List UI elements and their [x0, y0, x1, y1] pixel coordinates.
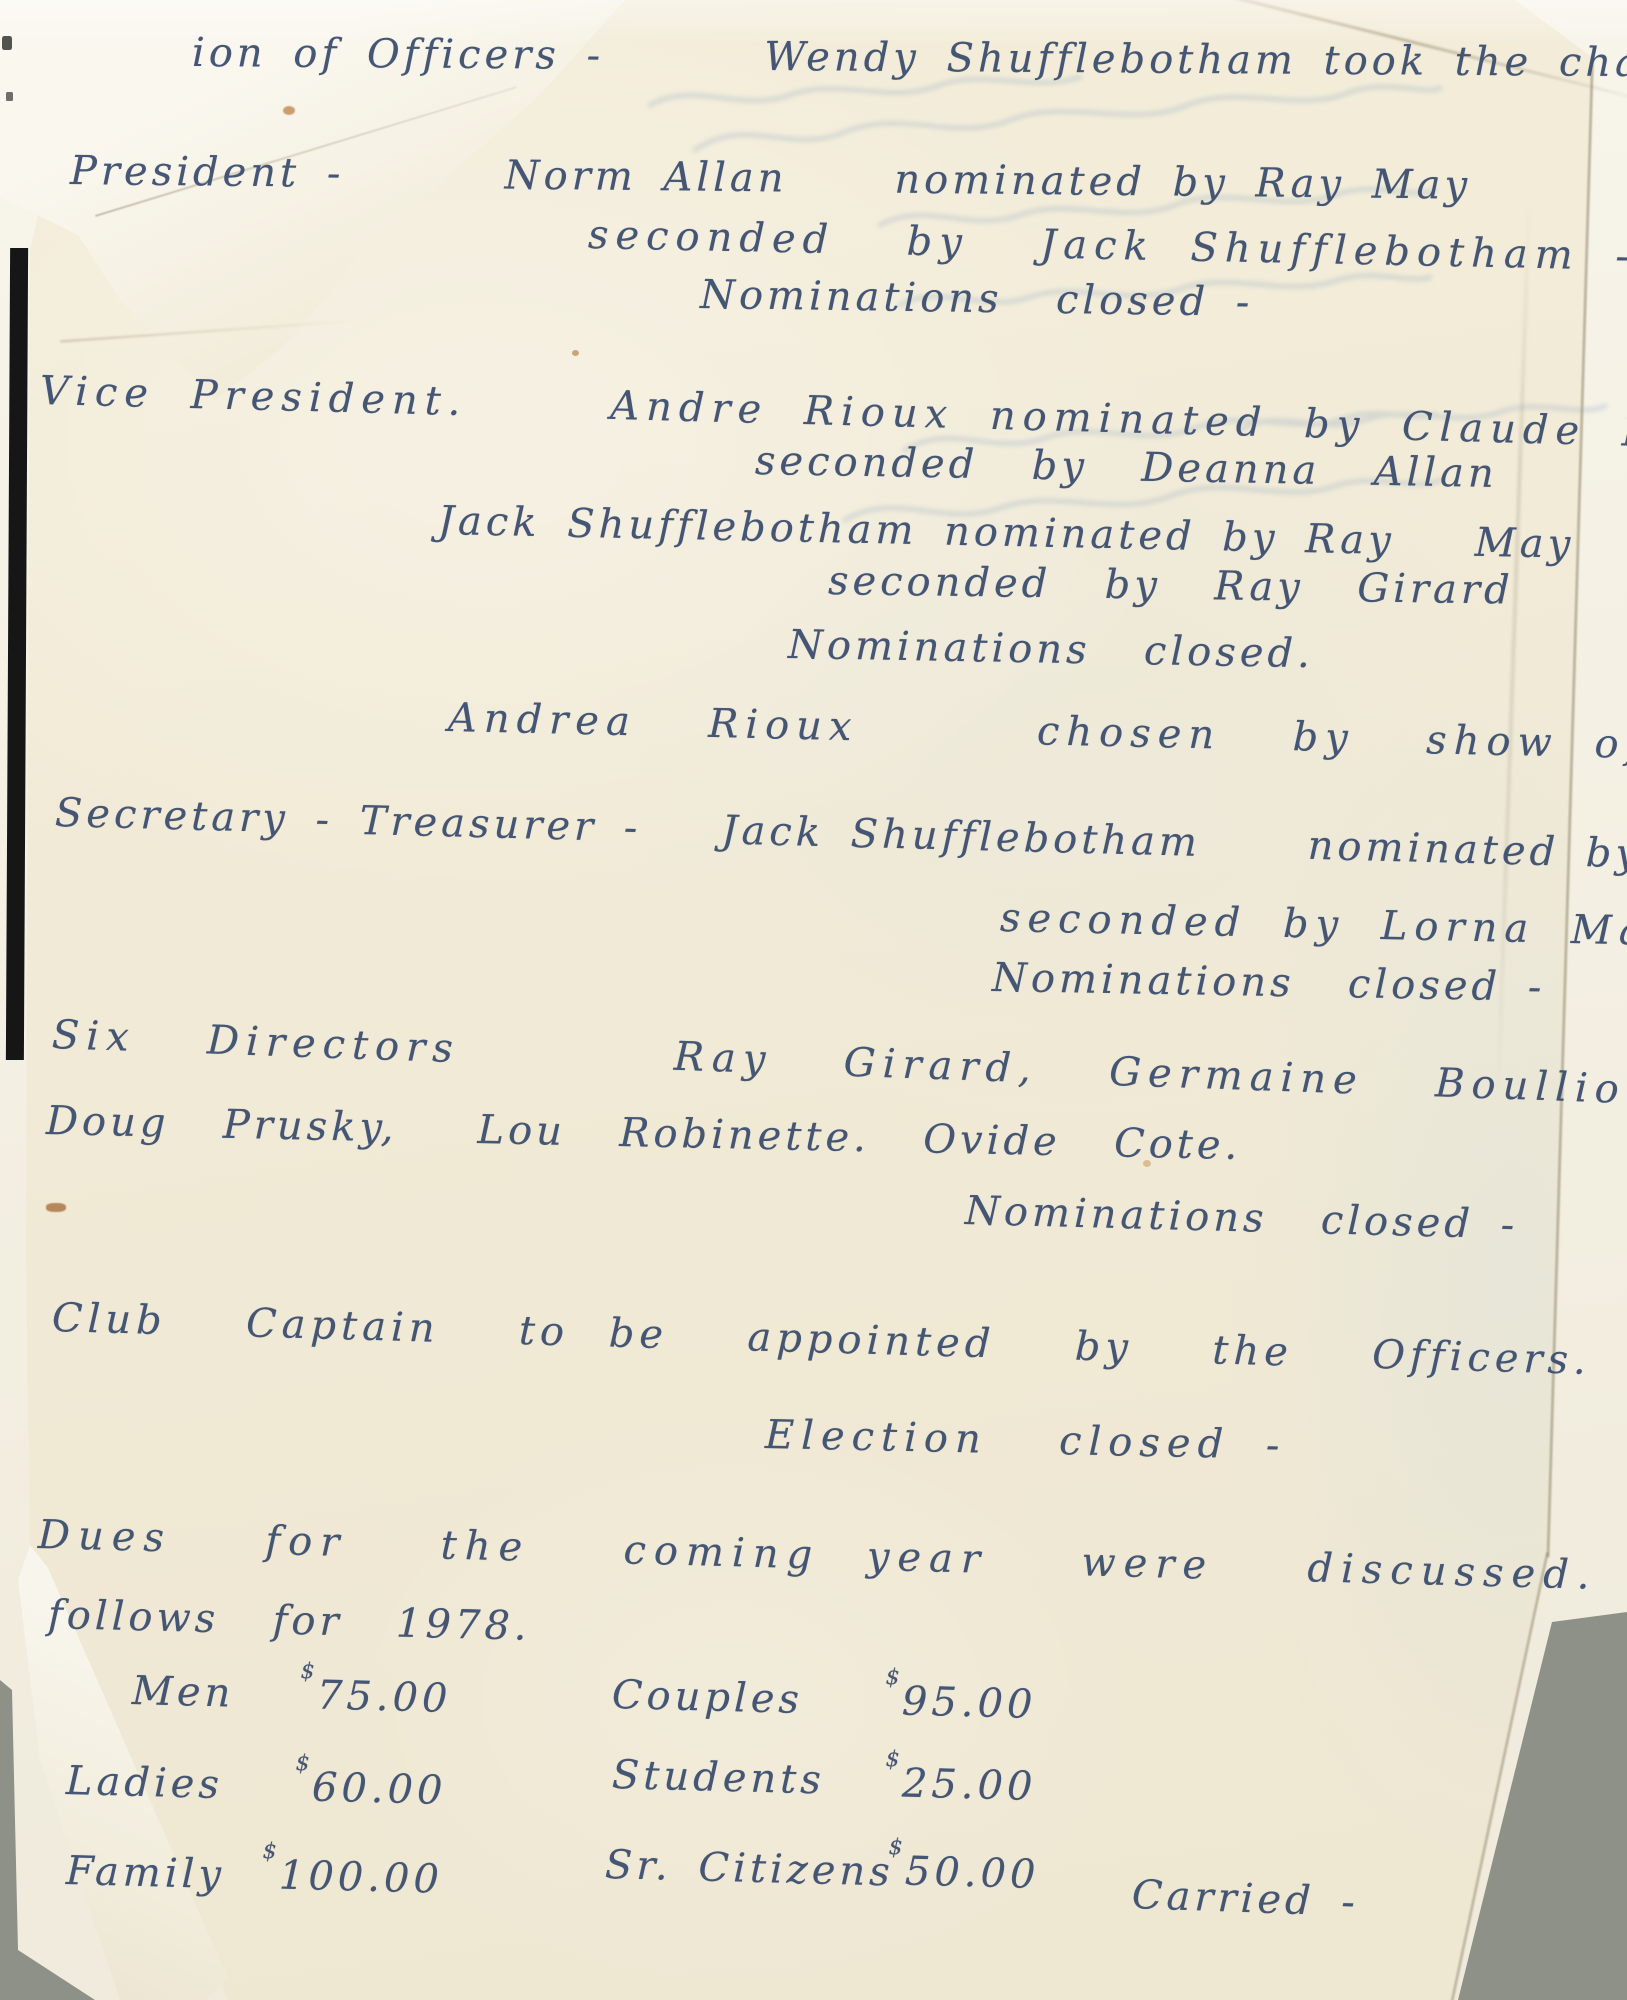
dues-amount-students: $25.00 — [884, 1760, 1037, 1810]
dollar-mark: $ — [885, 1747, 900, 1772]
dues-label-family: Family — [65, 1848, 225, 1898]
amount-value: 60.00 — [311, 1764, 447, 1814]
dues-label-ladies: Ladies — [65, 1758, 223, 1808]
amount-value: 95.00 — [901, 1678, 1037, 1728]
dollar-mark: $ — [885, 1665, 900, 1690]
dues-amount-sr-citizens: $50.00 — [887, 1848, 1040, 1898]
line-secretary-nominations-closed: Nominations closed - — [992, 955, 1546, 1011]
dues-amount-men: $75.00 — [299, 1672, 452, 1722]
amount-value: 25.00 — [901, 1760, 1037, 1810]
dollar-mark: $ — [300, 1659, 315, 1684]
dollar-mark: $ — [262, 1839, 277, 1864]
dues-amount-family: $100.00 — [261, 1852, 443, 1903]
dues-label-students: Students — [611, 1752, 825, 1804]
amount-value: 50.00 — [904, 1848, 1040, 1898]
amount-value: 100.00 — [278, 1852, 443, 1902]
line-president-nominations-closed: Nominations closed - — [700, 272, 1254, 326]
dues-label-men: Men — [131, 1668, 235, 1717]
dollar-mark: $ — [295, 1751, 310, 1776]
amount-value: 75.00 — [316, 1672, 452, 1722]
line-jack-seconded: seconded by Ray Girard — [828, 558, 1514, 614]
scanned-page: ion of Officers - Wendy Shufflebotham to… — [0, 0, 1627, 2000]
line-vp-nominations-closed: Nominations closed. — [788, 622, 1315, 677]
dues-carried: Carried - — [1131, 1872, 1359, 1926]
dues-label-couples: Couples — [611, 1672, 803, 1723]
dues-label-sr-citizens: Sr. Citizens — [604, 1842, 894, 1896]
dues-amount-couples: $95.00 — [884, 1678, 1037, 1728]
dues-amount-ladies: $60.00 — [294, 1764, 447, 1814]
dollar-mark: $ — [888, 1835, 903, 1860]
